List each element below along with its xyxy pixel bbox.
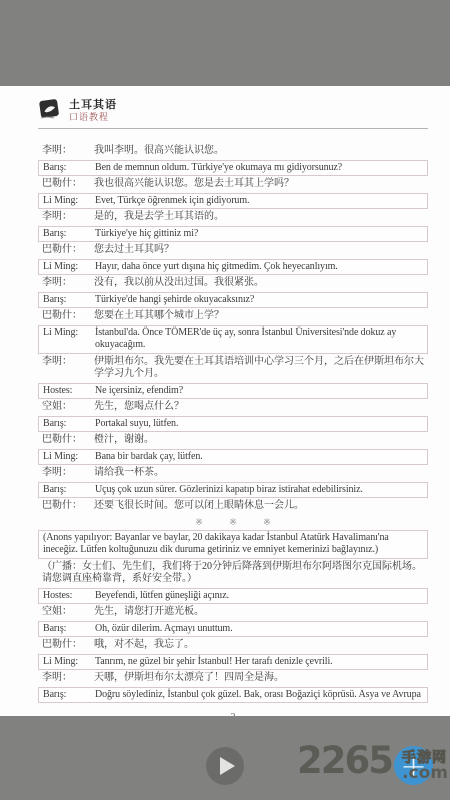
speaker-label: 李明： [42,145,94,158]
dialogue-text: 先生，您喝点什么？ [94,401,424,414]
speaker-label: 李明： [42,672,94,685]
dialogue-text: (Anons yapılıyor: Bayanlar ve baylar, 20… [43,532,423,557]
dialogue-row: 空姐：先生，请您打开遮光板。 [38,605,428,620]
dialogue-text: Doğru söylediniz, İstanbul çok güzel. Ba… [95,689,423,702]
dialogue-row: Barış:Türkiye'ye hiç gittiniz mi? [38,226,428,243]
dialogue-text: 我叫李明。很高兴能认识您。 [94,145,424,158]
dialogue-text: Beyefendi, lütfen güneşliği açınız. [95,590,423,603]
speaker-label: Barış: [43,162,95,175]
speaker-label: 巴勒什： [42,244,94,257]
speaker-label: Li Ming: [43,261,95,274]
speaker-label: Hostes: [43,385,95,398]
speaker-label: 李明： [42,211,94,224]
dialogue-text: Uçuş çok uzun sürer. Gözlerinizi kapatıp… [95,484,423,497]
dialogue-row: 李明：是的，我是去学土耳其语的。 [38,210,428,225]
dialogue-row: Li Ming:Tanrım, ne güzel bir şehir İstan… [38,654,428,671]
dialogue-row: 李明：天哪，伊斯坦布尔太漂亮了！四周全是海。 [38,671,428,686]
dialogue-text: Türkiye'ye hiç gittiniz mi? [95,228,423,241]
dialogue-text: Türkiye'de hangi şehirde okuyacaksınız? [95,294,423,307]
dialogue-text: 橙汁，谢谢。 [94,434,424,447]
speaker-label: 空姐： [42,606,94,619]
dialogue-row: (Anons yapılıyor: Bayanlar ve baylar, 20… [38,530,428,559]
dialogue-row: 巴勒什：橙汁，谢谢。 [38,433,428,448]
top-gray-bar [0,0,450,86]
book-logo-text: 土耳其语 口语教程 [69,99,117,123]
speaker-label: 巴勒什： [42,178,94,191]
dialogue-row: 巴勒什：您要在土耳其哪个城市上学？ [38,309,428,324]
dialogue-text: Evet, Türkçe öğrenmek için gidiyorum. [95,195,423,208]
dialogue-row: Barış:Doğru söylediniz, İstanbul çok güz… [38,687,428,704]
dialogue-text: 您要在土耳其哪个城市上学？ [94,310,424,323]
dialogue-text: Hayır, daha önce yurt dışına hiç gitmedi… [95,261,423,274]
dialogue-text: Oh, özür dilerim. Açmayı unuttum. [95,623,423,636]
speaker-label: 巴勒什： [42,310,94,323]
dialogue-text: 没有，我以前从没出过国。我很紧张。 [94,277,424,290]
speaker-label: 空姐： [42,401,94,414]
book-logo-icon [38,99,62,121]
dialogue-row: Li Ming:Evet, Türkçe öğrenmek için gidiy… [38,193,428,210]
dialogue-row: （广播：女士们、先生们，我们将于20分钟后降落到伊斯坦布尔阿塔图尔克国际机场。请… [38,560,428,587]
book-header: 土耳其语 口语教程 [38,99,428,129]
dialogue-row: 李明：请给我一杯茶。 [38,466,428,481]
watermark-brand: 2265 [297,742,392,779]
dialogue-text: 伊斯坦布尔。我先要在土耳其语培训中心学习三个月，之后在伊斯坦布尔大学学习九个月。 [94,356,424,381]
dialogue-text: 是的，我是去学土耳其语的。 [94,211,424,224]
dialogue-row: Barış:Uçuş çok uzun sürer. Gözlerinizi k… [38,482,428,499]
speaker-label: Li Ming: [43,195,95,208]
dialogue-text: Bana bir bardak çay, lütfen. [95,451,423,464]
dialogue-text: Ben de memnun oldum. Türkiye'ye okumaya … [95,162,423,175]
dialogue-row: Li Ming:İstanbul'da. Önce TÖMER'de üç ay… [38,325,428,354]
book-title: 土耳其语 [69,99,117,112]
dialogue-text: İstanbul'da. Önce TÖMER'de üç ay, sonra … [95,327,423,352]
dialogue-row: Barış:Ben de memnun oldum. Türkiye'ye ok… [38,160,428,177]
speaker-label: 巴勒什： [42,500,94,513]
speaker-label: 巴勒什： [42,639,94,652]
dialogue-row: 空姐：先生，您喝点什么？ [38,400,428,415]
speaker-label: Barış: [43,623,95,636]
dialogue-row: Hostes:Ne içersiniz, efendim? [38,383,428,400]
dialogue-row: Barış:Oh, özür dilerim. Açmayı unuttum. [38,621,428,638]
dialogue-text: Ne içersiniz, efendim? [95,385,423,398]
dialogue-text: Tanrım, ne güzel bir şehir İstanbul! Her… [95,656,423,669]
dialogue-text: （广播：女士们、先生们，我们将于20分钟后降落到伊斯坦布尔阿塔图尔克国际机场。请… [42,561,424,586]
dialogue-rows: 李明：我叫李明。很高兴能认识您。Barış:Ben de memnun oldu… [38,144,428,703]
dialogue-row: Hostes:Beyefendi, lütfen güneşliği açını… [38,588,428,605]
speaker-label: 李明： [42,467,94,480]
speaker-label: Barış: [43,294,95,307]
dialogue-row: Barış:Portakal suyu, lütfen. [38,416,428,433]
dialogue-text: 请给我一杯茶。 [94,467,424,480]
speaker-label: Li Ming: [43,327,95,340]
dialogue-row: Li Ming:Bana bir bardak çay, lütfen. [38,449,428,466]
watermark-domain: .com [402,765,448,782]
watermark: 2265 手游网 + .com [0,716,450,800]
section-divider: ※ ※ ※ [38,516,428,528]
speaker-label: Barış: [43,689,95,702]
dialogue-row: 巴勒什：我也很高兴能认识您。您是去土耳其上学吗？ [38,177,428,192]
dialogue-row: 李明：没有，我以前从没出过国。我很紧张。 [38,276,428,291]
speaker-label: 李明： [42,356,94,369]
speaker-label: 巴勒什： [42,434,94,447]
dialogue-text: 还要飞很长时间。您可以闭上眼睛休息一会儿。 [94,500,424,513]
book-page: 土耳其语 口语教程 李明：我叫李明。很高兴能认识您。Barış:Ben de m… [0,86,450,716]
dialogue-row: 李明：我叫李明。很高兴能认识您。 [38,144,428,159]
dialogue-row: 巴勒什：您去过土耳其吗？ [38,243,428,258]
speaker-label: Barış: [43,484,95,497]
dialogue-text: 您去过土耳其吗？ [94,244,424,257]
dialogue-text: 我也很高兴能认识您。您是去土耳其上学吗？ [94,178,424,191]
dialogue-row: 巴勒什：哦，对不起，我忘了。 [38,638,428,653]
dialogue-row: 李明：伊斯坦布尔。我先要在土耳其语培训中心学习三个月，之后在伊斯坦布尔大学学习九… [38,355,428,382]
book-subtitle: 口语教程 [69,112,117,123]
speaker-label: Hostes: [43,590,95,603]
dialogue-text: Portakal suyu, lütfen. [95,418,423,431]
dialogue-text: 天哪，伊斯坦布尔太漂亮了！四周全是海。 [94,672,424,685]
dialogue-text: 哦，对不起，我忘了。 [94,639,424,652]
dialogue-row: Li Ming:Hayır, daha önce yurt dışına hiç… [38,259,428,276]
speaker-label: Li Ming: [43,656,95,669]
speaker-label: Barış: [43,228,95,241]
dialogue-row: Barış:Türkiye'de hangi şehirde okuyacaks… [38,292,428,309]
speaker-label: 李明： [42,277,94,290]
dialogue-text: 先生，请您打开遮光板。 [94,606,424,619]
speaker-label: Barış: [43,418,95,431]
dialogue-row: 巴勒什：还要飞很长时间。您可以闭上眼睛休息一会儿。 [38,499,428,514]
speaker-label: Li Ming: [43,451,95,464]
bottom-gray-bar: 2265 手游网 + .com [0,716,450,800]
